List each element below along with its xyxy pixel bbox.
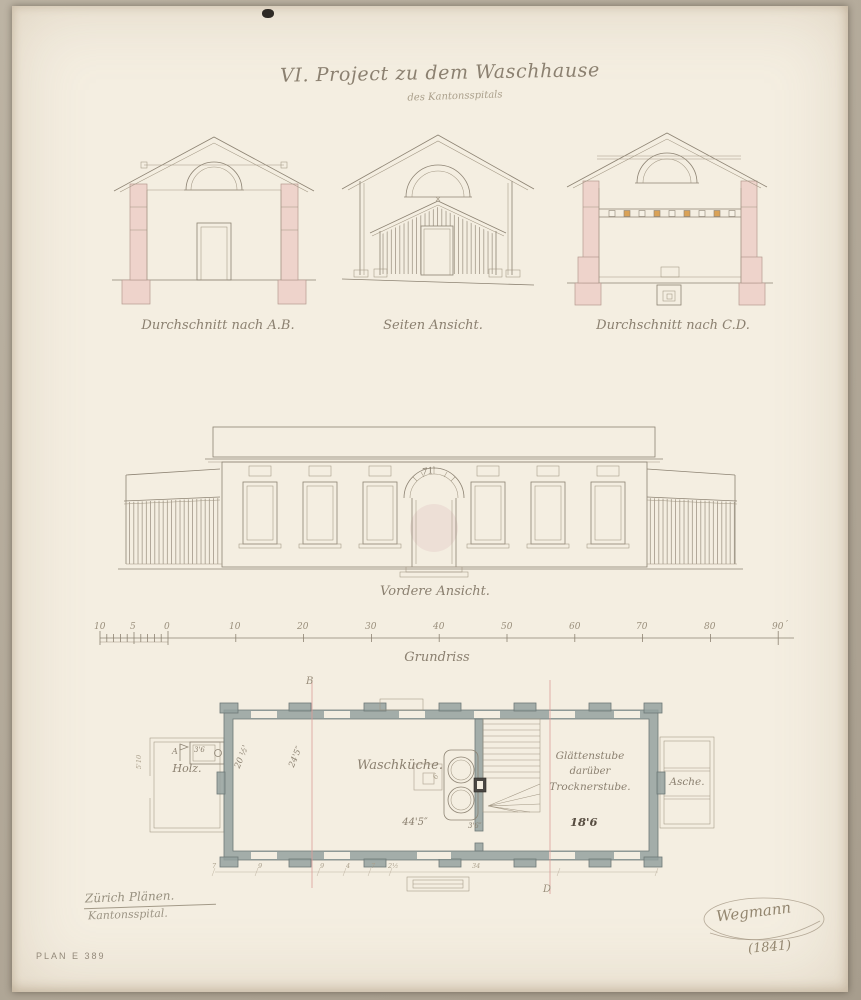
svg-text:30: 30 — [365, 622, 377, 632]
section-mark-left: B — [306, 676, 313, 687]
annex-door — [421, 226, 453, 275]
caption-section-cd: Durchschnitt nach C.D. — [568, 318, 778, 333]
caption-floor-plan: Grundriss — [362, 650, 512, 665]
scale-unit-mark: ′ — [786, 620, 788, 630]
svg-text:10: 10 — [94, 622, 106, 632]
chain-dim-5: 2½ — [388, 862, 398, 870]
ground-line — [342, 279, 534, 285]
svg-text:20: 20 — [296, 622, 309, 632]
room-label-glaettenstube: Glättenstube — [535, 750, 645, 762]
svg-text:0: 0 — [164, 622, 170, 632]
caption-front-view: Vordere Ansicht. — [335, 584, 535, 599]
wood-annex — [148, 738, 224, 832]
door — [197, 223, 231, 280]
chimney-projection — [380, 699, 423, 710]
svg-text:70: 70 — [636, 622, 648, 632]
caption-side-view: Seiten Ansicht. — [348, 318, 518, 333]
lunette-window — [184, 162, 244, 190]
masonry-piers — [122, 184, 306, 304]
stove-dim: 3'6 — [194, 746, 205, 754]
svg-text:80: 80 — [704, 622, 716, 632]
svg-text:60: 60 — [569, 622, 581, 632]
svg-text:50: 50 — [501, 622, 513, 632]
roof — [567, 133, 767, 188]
ridge-dim: 71' — [421, 466, 436, 478]
paper-blemish — [262, 9, 274, 18]
furnace — [657, 267, 681, 305]
partition-wall — [475, 719, 483, 831]
dim-18-6: 18'6 — [570, 815, 598, 829]
room-label-holz: Holz. — [157, 762, 217, 775]
svg-text:10: 10 — [229, 622, 241, 632]
dimension-chain — [212, 868, 658, 876]
ceiling-joists — [599, 209, 741, 217]
side-view-drawing — [340, 127, 536, 313]
room-label-darueber: darüber — [535, 766, 645, 777]
floor-plan: A 3'6 Holz. 20 ½' 24'5″ Waschküche. 6' G… — [130, 676, 730, 911]
chain-dim-6: 34 — [472, 862, 480, 870]
chain-dim-2: 9 — [320, 862, 324, 870]
dim-44-5: 44'5″ — [385, 817, 445, 828]
chain-dim-4: 7 — [371, 862, 375, 870]
svg-text:5: 5 — [130, 622, 136, 632]
chain-dim-1: 9 — [258, 862, 262, 870]
room-label-trocknerstube: Trocknerstube. — [535, 781, 645, 793]
scale-labels: 10 5 0 10 20 30 40 50 60 70 80 90 ′ — [94, 620, 788, 632]
staircase — [483, 719, 540, 812]
section-cd-drawing — [563, 125, 777, 317]
masonry-piers — [575, 181, 765, 305]
entrance-steps — [407, 877, 469, 891]
pink-blush — [410, 504, 458, 552]
chain-dim-3: 4 — [346, 862, 350, 870]
svg-text:40: 40 — [432, 622, 445, 632]
pencil-note-line2: Kantonsspital. — [88, 907, 168, 923]
scale-bar: 10 5 0 10 20 30 40 50 60 70 80 90 ′ — [92, 618, 804, 650]
left-wing — [124, 469, 222, 564]
lunette-window — [635, 153, 699, 183]
annex — [370, 201, 506, 277]
room-label-waschkueche: Waschküche. — [345, 758, 455, 773]
roof — [205, 427, 663, 462]
right-wing — [647, 469, 737, 564]
chain-dim-0: 7 — [212, 862, 216, 870]
section-mark-right: D — [543, 884, 551, 895]
scanned-plan-sheet: VI. Project zu dem Waschhause des Kanton… — [0, 0, 861, 1000]
caption-section-ab: Durchschnitt nach A.B. — [118, 318, 318, 333]
section-ab-drawing — [108, 127, 320, 311]
dim-3-6: 3'6″ — [468, 822, 481, 830]
front-elevation-drawing: 71' — [116, 418, 745, 582]
room-label-asche: Asche. — [658, 776, 716, 788]
dim-5-10: 5'10 — [135, 755, 143, 769]
lunette-window — [404, 165, 472, 201]
archive-stamp: PLAN E 389 — [36, 951, 106, 961]
flag-mark: A — [172, 747, 178, 756]
svg-text:90: 90 — [772, 622, 784, 632]
